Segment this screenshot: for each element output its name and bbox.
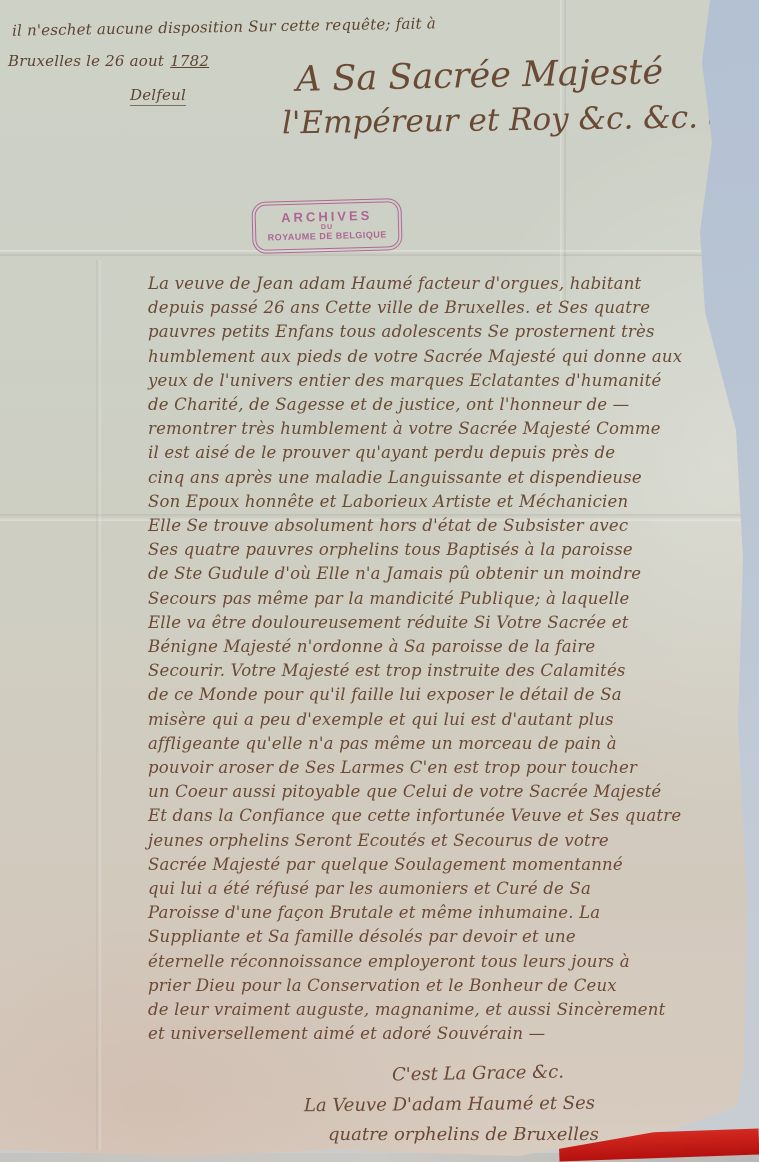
petition-body-text: La veuve de Jean adam Haumé facteur d'or… bbox=[148, 272, 753, 1047]
clerk-signature: Delfeul bbox=[130, 86, 186, 106]
horizontal-fold-crease bbox=[0, 250, 745, 256]
document-title-line1: A Sa Sacrée Majesté bbox=[296, 52, 664, 100]
marginal-note-date: Bruxelles le 26 aout1782 bbox=[8, 52, 209, 70]
photo-background: il n'eschet aucune disposition Sur cette… bbox=[0, 0, 759, 1162]
document-title-line2: l'Empéreur et Roy &c. &c. &c. bbox=[282, 99, 759, 142]
petitioner-signature-line1: La Veuve D'adam Haumé et Ses bbox=[304, 1093, 595, 1117]
marginal-note-line1: il n'eschet aucune disposition Sur cette… bbox=[12, 14, 436, 39]
stamp-line3: ROYAUME DE BELGIQUE bbox=[268, 230, 387, 243]
vertical-fold-crease bbox=[96, 260, 101, 1150]
archives-stamp: ARCHIVES DU ROYAUME DE BELGIQUE bbox=[251, 198, 402, 254]
closing-formula: C'est La Grace &c. bbox=[392, 1062, 564, 1086]
vertical-fold-crease bbox=[560, 0, 566, 300]
manuscript-page: il n'eschet aucune disposition Sur cette… bbox=[0, 0, 759, 1162]
stamp-line1: ARCHIVES bbox=[281, 209, 373, 226]
petitioner-signature-line2: quatre orphelins de Bruxelles bbox=[328, 1124, 599, 1145]
marginal-note-year: 1782 bbox=[164, 52, 209, 70]
marginal-note-place-date: Bruxelles le 26 aout bbox=[8, 52, 164, 70]
